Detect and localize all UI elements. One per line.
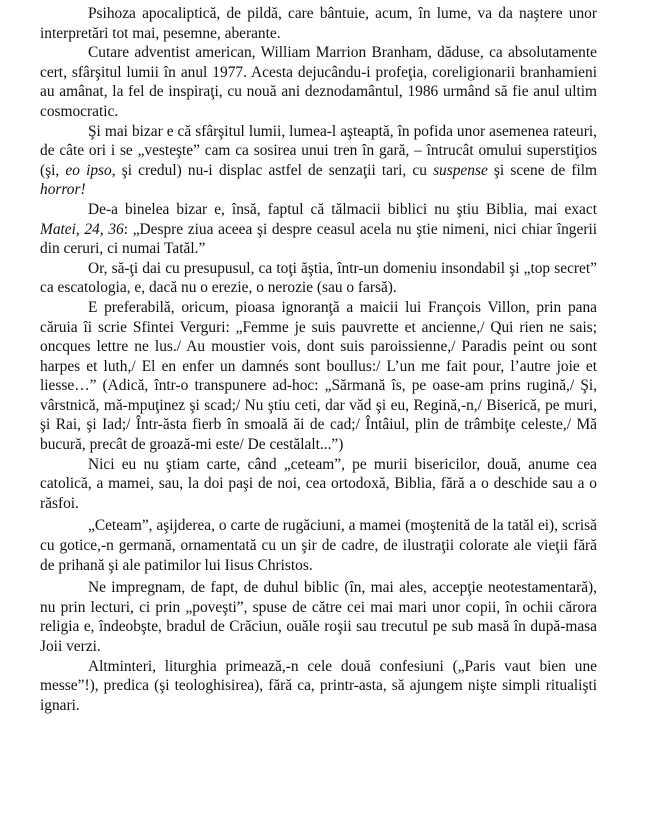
text-segment: Or, să-ţi dai cu presupusul, ca toţi ăşt…	[40, 260, 597, 297]
paragraph-4: De-a binelea bizar e, însă, faptul că tă…	[40, 200, 597, 259]
text-segment: E preferabilă, oricum, pioasa ignoranţă …	[40, 299, 597, 453]
paragraph-9: Ne impregnam, de fapt, de duhul biblic (…	[40, 578, 597, 656]
paragraph-8: „Ceteam”, aşijderea, o carte de rugăciun…	[40, 516, 597, 575]
italic-text: suspense	[433, 162, 488, 179]
paragraph-1: Psihoza apocaliptică, de pildă, care bân…	[40, 4, 597, 43]
text-segment: Altminteri, liturghia primează,-n cele d…	[40, 658, 597, 714]
text-segment: Cutare adventist american, William Marri…	[40, 44, 597, 120]
italic-text: horror!	[40, 181, 86, 198]
paragraph-10: Altminteri, liturghia primează,-n cele d…	[40, 657, 597, 716]
text-segment: De-a binelea bizar e, însă, faptul că tă…	[88, 201, 597, 218]
text-segment: : „Despre ziua aceea şi despre ceasul ac…	[40, 221, 597, 258]
text-segment: Ne impregnam, de fapt, de duhul biblic (…	[40, 579, 597, 655]
text-segment: Psihoza apocaliptică, de pildă, care bân…	[40, 5, 597, 42]
italic-text: eo ipso	[65, 162, 111, 179]
italic-text: Matei, 24, 36	[40, 221, 124, 238]
paragraph-2: Cutare adventist american, William Marri…	[40, 43, 597, 121]
document-page: Psihoza apocaliptică, de pildă, care bân…	[40, 4, 597, 715]
text-segment: şi scene de film	[488, 162, 597, 179]
paragraph-3: Şi mai bizar e că sfârşitul lumii, lumea…	[40, 122, 597, 200]
text-segment: „Ceteam”, aşijderea, o carte de rugăciun…	[40, 517, 597, 573]
text-segment: Nici eu nu ştiam carte, când „ceteam”, p…	[40, 456, 597, 512]
text-segment: , şi credul) nu-i displac astfel de senz…	[112, 162, 433, 179]
paragraph-5: Or, să-ţi dai cu presupusul, ca toţi ăşt…	[40, 259, 597, 298]
paragraph-6: E preferabilă, oricum, pioasa ignoranţă …	[40, 298, 597, 455]
paragraph-7: Nici eu nu ştiam carte, când „ceteam”, p…	[40, 455, 597, 514]
